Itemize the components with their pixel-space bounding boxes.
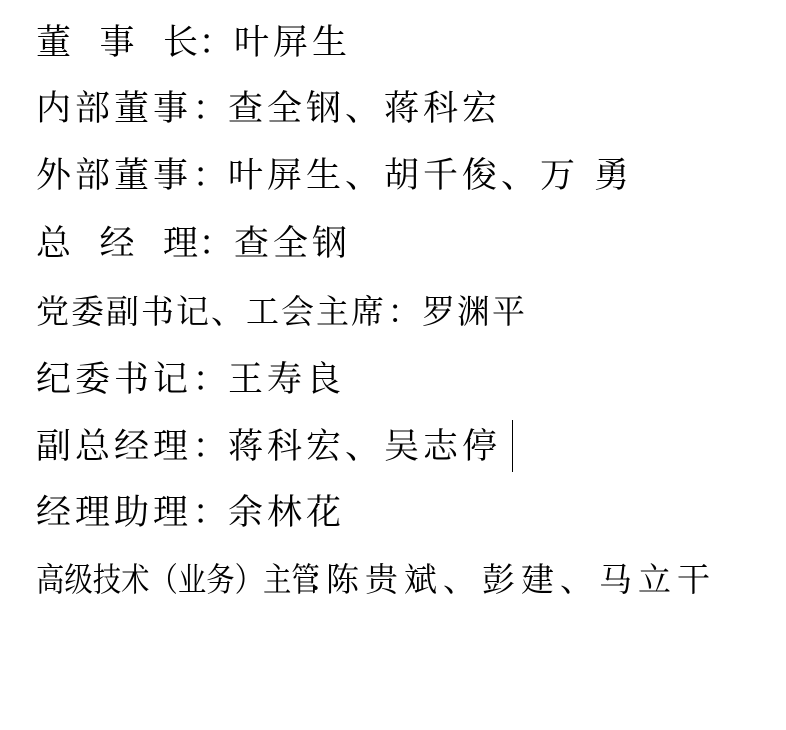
row-names: 查全钢 — [234, 222, 351, 266]
row-chairman: 董 事 长：叶屏生 — [36, 21, 351, 65]
row-names: 罗渊平 — [422, 290, 527, 334]
row-senior-technical-supervisors: 高级技术（业务）主管：陈贵斌、彭建、马立干 — [36, 558, 716, 602]
row-label: 副总经理 — [36, 425, 192, 469]
row-label: 纪委书记 — [36, 358, 192, 402]
row-discipline-secretary: 纪委书记：王寿良 — [36, 358, 345, 402]
row-names: 叶屏生 — [234, 21, 351, 65]
row-internal-directors: 内部董事：查全钢、蒋科宏 — [36, 87, 501, 131]
row-names: 王寿良 — [228, 358, 345, 402]
colon: ： — [192, 425, 228, 469]
colon: ： — [192, 87, 228, 131]
colon: ： — [192, 358, 228, 402]
row-manager-assistant: 经理助理：余林花 — [36, 491, 345, 535]
row-label: 党委副书记、工会主席 — [36, 290, 386, 334]
row-general-manager: 总 经 理：查全钢 — [36, 222, 351, 266]
row-external-directors: 外部董事：叶屏生、胡千俊、万 勇 — [36, 154, 633, 198]
row-label: 高级技术（业务）主管 — [36, 558, 273, 602]
row-label: 经理助理 — [36, 491, 192, 535]
colon: ： — [198, 222, 234, 266]
colon: ： — [198, 21, 234, 65]
colon: ： — [192, 154, 228, 198]
row-names: 叶屏生、胡千俊、万 勇 — [228, 154, 633, 198]
document-page: 董 事 长：叶屏生 内部董事：查全钢、蒋科宏 外部董事：叶屏生、胡千俊、万 勇 … — [0, 0, 786, 730]
row-party-deputy-secretary: 党委副书记、工会主席：罗渊平 — [36, 290, 527, 334]
colon: ： — [192, 491, 228, 535]
row-label: 董 事 长 — [36, 21, 198, 65]
row-label: 外部董事 — [36, 154, 192, 198]
row-deputy-general-managers[interactable]: 副总经理：蒋科宏、吴志停 — [36, 425, 501, 469]
row-label: 内部董事 — [36, 87, 192, 131]
row-label: 总 经 理 — [36, 222, 198, 266]
row-names: 陈贵斌、彭建、马立干 — [326, 558, 716, 602]
colon: ： — [386, 290, 422, 334]
text-cursor — [512, 420, 513, 472]
row-names: 查全钢、蒋科宏 — [228, 87, 501, 131]
row-names: 余林花 — [228, 491, 345, 535]
row-names[interactable]: 蒋科宏、吴志停 — [228, 425, 501, 469]
